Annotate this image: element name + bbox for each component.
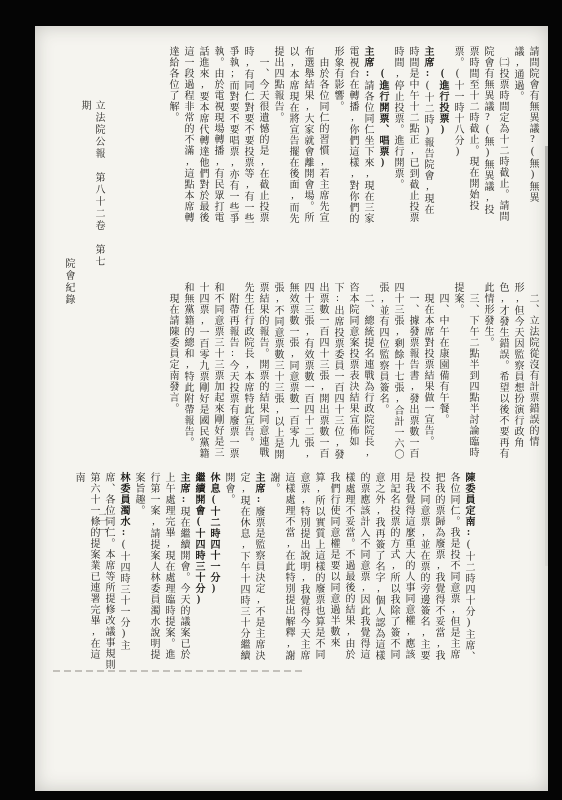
- speaker-paragraph: 主席:(十二時)報告院會,現在時間是中午十二點正,已到截止投票時間,停止投票。進…: [390, 46, 435, 224]
- paragraph: 一、今天很遺憾的是,在截止投票時,有同仁對要不要投票等,有一些爭執;而對要不要唱…: [165, 46, 270, 224]
- paragraph: 二、總統提名連戰為行政院院長,咨本院同意案投票表決結果宣佈如下:出席投票委員一百…: [240, 282, 375, 460]
- paragraph: 由於各位同仁的習慣,若主席先宣布選舉結果,大家就會離開會場。所以,本席現在將宣告…: [270, 46, 330, 224]
- paragraph: 四、中午在康園備有午餐。: [435, 282, 450, 460]
- page-number: 二一: [93, 512, 108, 544]
- scan-edge-smudge: [545, 146, 548, 566]
- speaker-paragraph: 主席:請各位同仁坐下來,現在三家電視台在轉播,你們這樣,對你們的形象有影響。: [330, 46, 375, 224]
- gutter-section-label: 院會紀錄: [61, 258, 75, 314]
- paragraph: 一、據發票報告書,發出票數一百四十三張,剩餘十七張,合計一六〇張,並有四位監察員…: [375, 282, 420, 460]
- scan-artifact-line: [53, 670, 305, 672]
- stage-direction: (進行開票、唱票): [375, 46, 390, 224]
- scanned-gazette-photo: { "gutter": { "title": "立法院公報 第八十二卷 第七期"…: [0, 0, 562, 800]
- text-band-top: 請問院會有無異議?(無)無異議,通過。 ㈡投票時間定為十二時截止。請問院會有無異…: [165, 46, 540, 224]
- stage-direction: (進行投票): [435, 46, 450, 224]
- session-resume-heading: 繼續開會(十四時三十分): [191, 472, 206, 670]
- speaker-name: 主席:: [253, 472, 264, 506]
- paragraph: 三、下午二點半到四點半討論臨時提案。: [450, 282, 480, 460]
- gazette-page: 請問院會有無異議?(無)無異議,通過。 ㈡投票時間定為十二時截止。請問院會有無異…: [35, 26, 548, 791]
- paragraph: 請問院會有無異議?(無)無異議,通過。: [510, 46, 540, 224]
- paragraph: ㈡投票時間定為十二時截止。請問院會有無異議?(無)無異議,投票時間至十二時截止。…: [450, 46, 510, 224]
- paragraph: 現在本席對投票結果做一宣告。: [420, 282, 435, 460]
- speaker-paragraph: 林委員濁水:(十四時三十一分)主席、各位同仁。本席等所提修改議事規則第六十一條的…: [71, 472, 131, 670]
- speaker-paragraph: 主席:現在繼續開會。今天的議案已於上午處理完畢,現在處理臨時提案。進行第一案,請…: [131, 472, 191, 670]
- speaker-name: 主席:: [422, 46, 433, 80]
- paragraph: 現在請陳委員定南發言。: [165, 282, 180, 460]
- text-band-bottom: 陳委員定南:(十二時四十分)主席、各位同仁。我是投不同意票,但是主席把我的票歸為…: [71, 472, 476, 670]
- speaker-name: 林委員濁水:: [118, 472, 129, 539]
- speaker-name: 陳委員定南:: [463, 472, 474, 539]
- paragraph: 二、立法院從沒有計票錯誤的情形,但今天因監察員想扮演行政角色,才發生錯誤。希望以…: [480, 282, 540, 460]
- paragraph: 附帶再報告:今天投票有廢票一票和不同意票三十三票加起來剛好是三十四票,一百零九票…: [180, 282, 240, 460]
- gutter-volume-title: 立法院公報 第八十二卷 第七期: [77, 100, 105, 270]
- text-band-middle: 二、立法院從沒有計票錯誤的情形,但今天因監察員想扮演行政角色,才發生錯誤。希望以…: [165, 282, 540, 460]
- speaker-paragraph: 陳委員定南:(十二時四十分)主席、各位同仁。我是投不同意票,但是主席把我的票歸為…: [266, 472, 476, 670]
- speaker-name: 主席:: [178, 472, 189, 506]
- speaker-name: 主席:: [362, 46, 373, 80]
- session-break-heading: 休息(十二時四十一分): [206, 472, 221, 670]
- speaker-paragraph: 主席:廢票是監察員決定,不是主席決定,現在休息,下午十四時三十分繼續開會。: [221, 472, 266, 670]
